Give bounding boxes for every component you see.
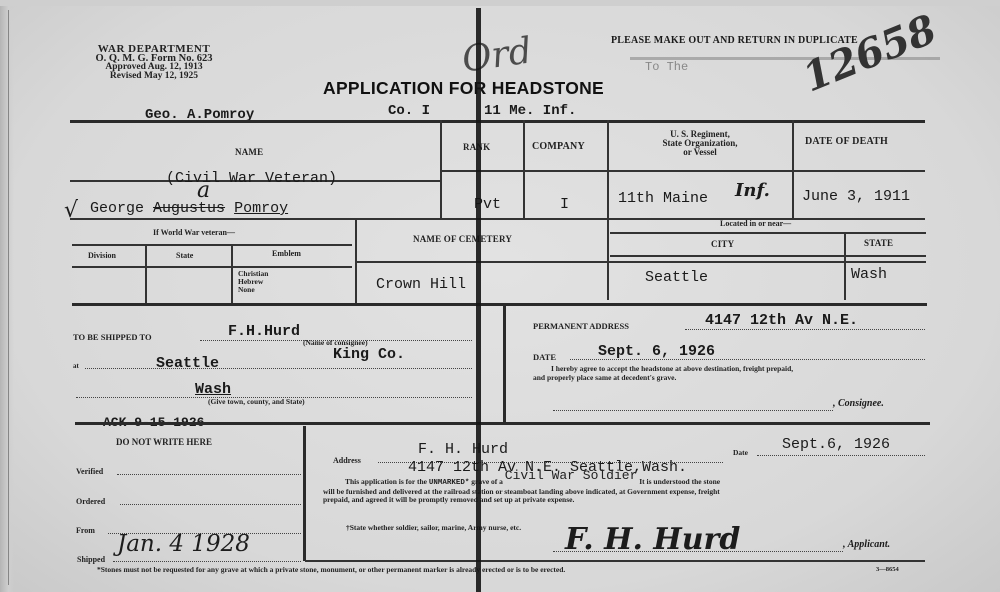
emblem-none: None: [238, 286, 268, 294]
col-company: COMPANY: [532, 141, 585, 152]
rule-data: [70, 218, 925, 220]
applicant-address-label: Address: [333, 456, 361, 465]
form-header: WAR DEPARTMENT O. Q. M. G. Form No. 623 …: [64, 45, 244, 81]
col-divider-regiment: [792, 120, 794, 218]
permanent-address: 4147 12th Av N.E.: [705, 312, 858, 329]
middle-name-correction: a: [197, 178, 210, 203]
veteran-date-of-death: June 3, 1911: [802, 188, 910, 205]
to-the-stamp: To The: [645, 60, 688, 74]
rule-top: [70, 120, 925, 123]
at-line: [85, 368, 472, 369]
cemetery-label: NAME OF CEMETERY: [413, 234, 512, 244]
shipped-to-label: TO BE SHIPPED TO: [73, 332, 152, 342]
headstone-application-card: WAR DEPARTMENT O. Q. M. G. Form No. 623 …: [0, 0, 1000, 592]
col-divider-emblem: [355, 218, 357, 306]
town-caption: (Give town, county, and State): [208, 397, 305, 406]
from-label: From: [76, 526, 95, 535]
verified-label: Verified: [76, 467, 103, 476]
cemetery-state: Wash: [851, 266, 887, 283]
shipped-line: [113, 561, 301, 562]
col-divider-company: [607, 120, 609, 300]
veteran-regiment: 11th Maine: [618, 190, 708, 207]
card-left-edge: [0, 0, 14, 592]
consignee-signature-line: [553, 410, 833, 411]
state-label: STATE: [864, 238, 893, 248]
col-divider-division: [145, 244, 147, 306]
date-label: DATE: [533, 352, 556, 362]
revised-date: Revised May 12, 1925: [64, 72, 244, 81]
rule-section-divider: [72, 303, 927, 306]
footer-form-code: 3—8654: [876, 565, 899, 574]
company-typed: Co. I: [388, 103, 430, 119]
rule-applicant-bottom: [305, 560, 925, 562]
cemetery-name: Crown Hill: [376, 276, 466, 293]
located-label: Located in or near—: [720, 219, 791, 228]
applicant-signature: F. H. Hurd: [565, 522, 740, 557]
permanent-address-line: [685, 329, 925, 330]
shipped-date-handwritten: Jan. 4 1928: [117, 531, 250, 557]
unit-typed: 11 Me. Inf.: [484, 103, 576, 119]
ww-emblem: Emblem: [272, 249, 301, 258]
card-top-edge: [0, 0, 1000, 6]
ww-state: State: [176, 251, 193, 260]
consignee-agreement: I hereby agree to accept the headstone a…: [533, 365, 793, 382]
regiment-correction: Inf.: [735, 180, 770, 201]
rule-city: [610, 255, 926, 257]
at-label: at: [73, 362, 79, 370]
application-terms: This application is for the UNMARKED* gr…: [323, 477, 720, 505]
ordered-label: Ordered: [76, 497, 105, 506]
veteran-first-name: George: [90, 200, 144, 217]
rule-ww-cols: [72, 266, 352, 268]
shipped-label: Shipped: [77, 555, 105, 564]
footer-note: *Stones must not be requested for any gr…: [97, 565, 565, 574]
verified-line: [117, 474, 301, 475]
col-divider-city: [844, 232, 846, 300]
applicant-date-line: [757, 455, 925, 456]
veteran-note: (Civil War Veteran): [166, 170, 337, 187]
veteran-name: George Augustus Pomroy: [90, 200, 288, 217]
col-date-of-death: DATE OF DEATH: [805, 136, 888, 147]
applicant-date: Sept.6, 1926: [782, 436, 890, 453]
handwritten-ord-mark: Ord: [459, 30, 534, 80]
veteran-middle-name-struck: Augustus: [153, 200, 225, 217]
city-label: CITY: [711, 239, 734, 249]
rule-header-right: [440, 170, 925, 172]
veteran-last-name: Pomroy: [234, 200, 288, 217]
office-use-divider: [303, 426, 306, 561]
permanent-address-label: PERMANENT ADDRESS: [533, 321, 629, 331]
emblem-options: Christian Hebrew None: [238, 270, 268, 294]
consignee-signature-label: , Consignee.: [833, 398, 884, 409]
applicant-date-label: Date: [733, 448, 748, 457]
ww-division: Division: [88, 251, 116, 260]
col-divider-state: [231, 244, 233, 306]
service-footnote: †State whether soldier, sailor, marine, …: [346, 523, 521, 532]
consignee-name: F.H.Hurd: [228, 323, 300, 340]
consignee-block-divider: [503, 306, 506, 422]
rule-cemetery-label: [356, 261, 926, 263]
rule-located: [610, 232, 926, 234]
frame-line: [8, 10, 9, 585]
col-regiment: U. S. Regiment, State Organization, or V…: [625, 130, 775, 157]
col-divider-rank: [523, 120, 525, 218]
ww-heading: If World War veteran—: [153, 228, 235, 237]
ordered-line: [120, 504, 301, 505]
veteran-company: I: [560, 196, 569, 213]
cemetery-city: Seattle: [645, 269, 708, 286]
vertical-stamp-line: [476, 8, 481, 592]
office-use-heading: DO NOT WRITE HERE: [116, 437, 212, 447]
col-name: NAME: [235, 147, 263, 157]
rule-lower-section: [75, 422, 930, 425]
applicant-name: F. H. Hurd: [418, 441, 508, 458]
ship-state: Wash: [195, 381, 231, 398]
page-title: APPLICATION FOR HEADSTONE: [323, 78, 604, 99]
handwritten-file-number: 12658: [796, 6, 943, 102]
col-divider-name: [440, 120, 442, 218]
unmarked-word: UNMARKED*: [429, 479, 470, 487]
name-checkmark: √: [64, 198, 78, 223]
service-type: Civil War Soldier: [505, 468, 638, 483]
ship-town: Seattle: [156, 355, 219, 372]
duplicate-instruction: PLEASE MAKE OUT AND RETURN IN DUPLICATE: [611, 35, 858, 46]
rule-ww-heading: [72, 244, 352, 246]
applicant-signature-label: , Applicant.: [843, 539, 890, 550]
consignee-date: Sept. 6, 1926: [598, 343, 715, 360]
county: King Co.: [333, 346, 405, 363]
